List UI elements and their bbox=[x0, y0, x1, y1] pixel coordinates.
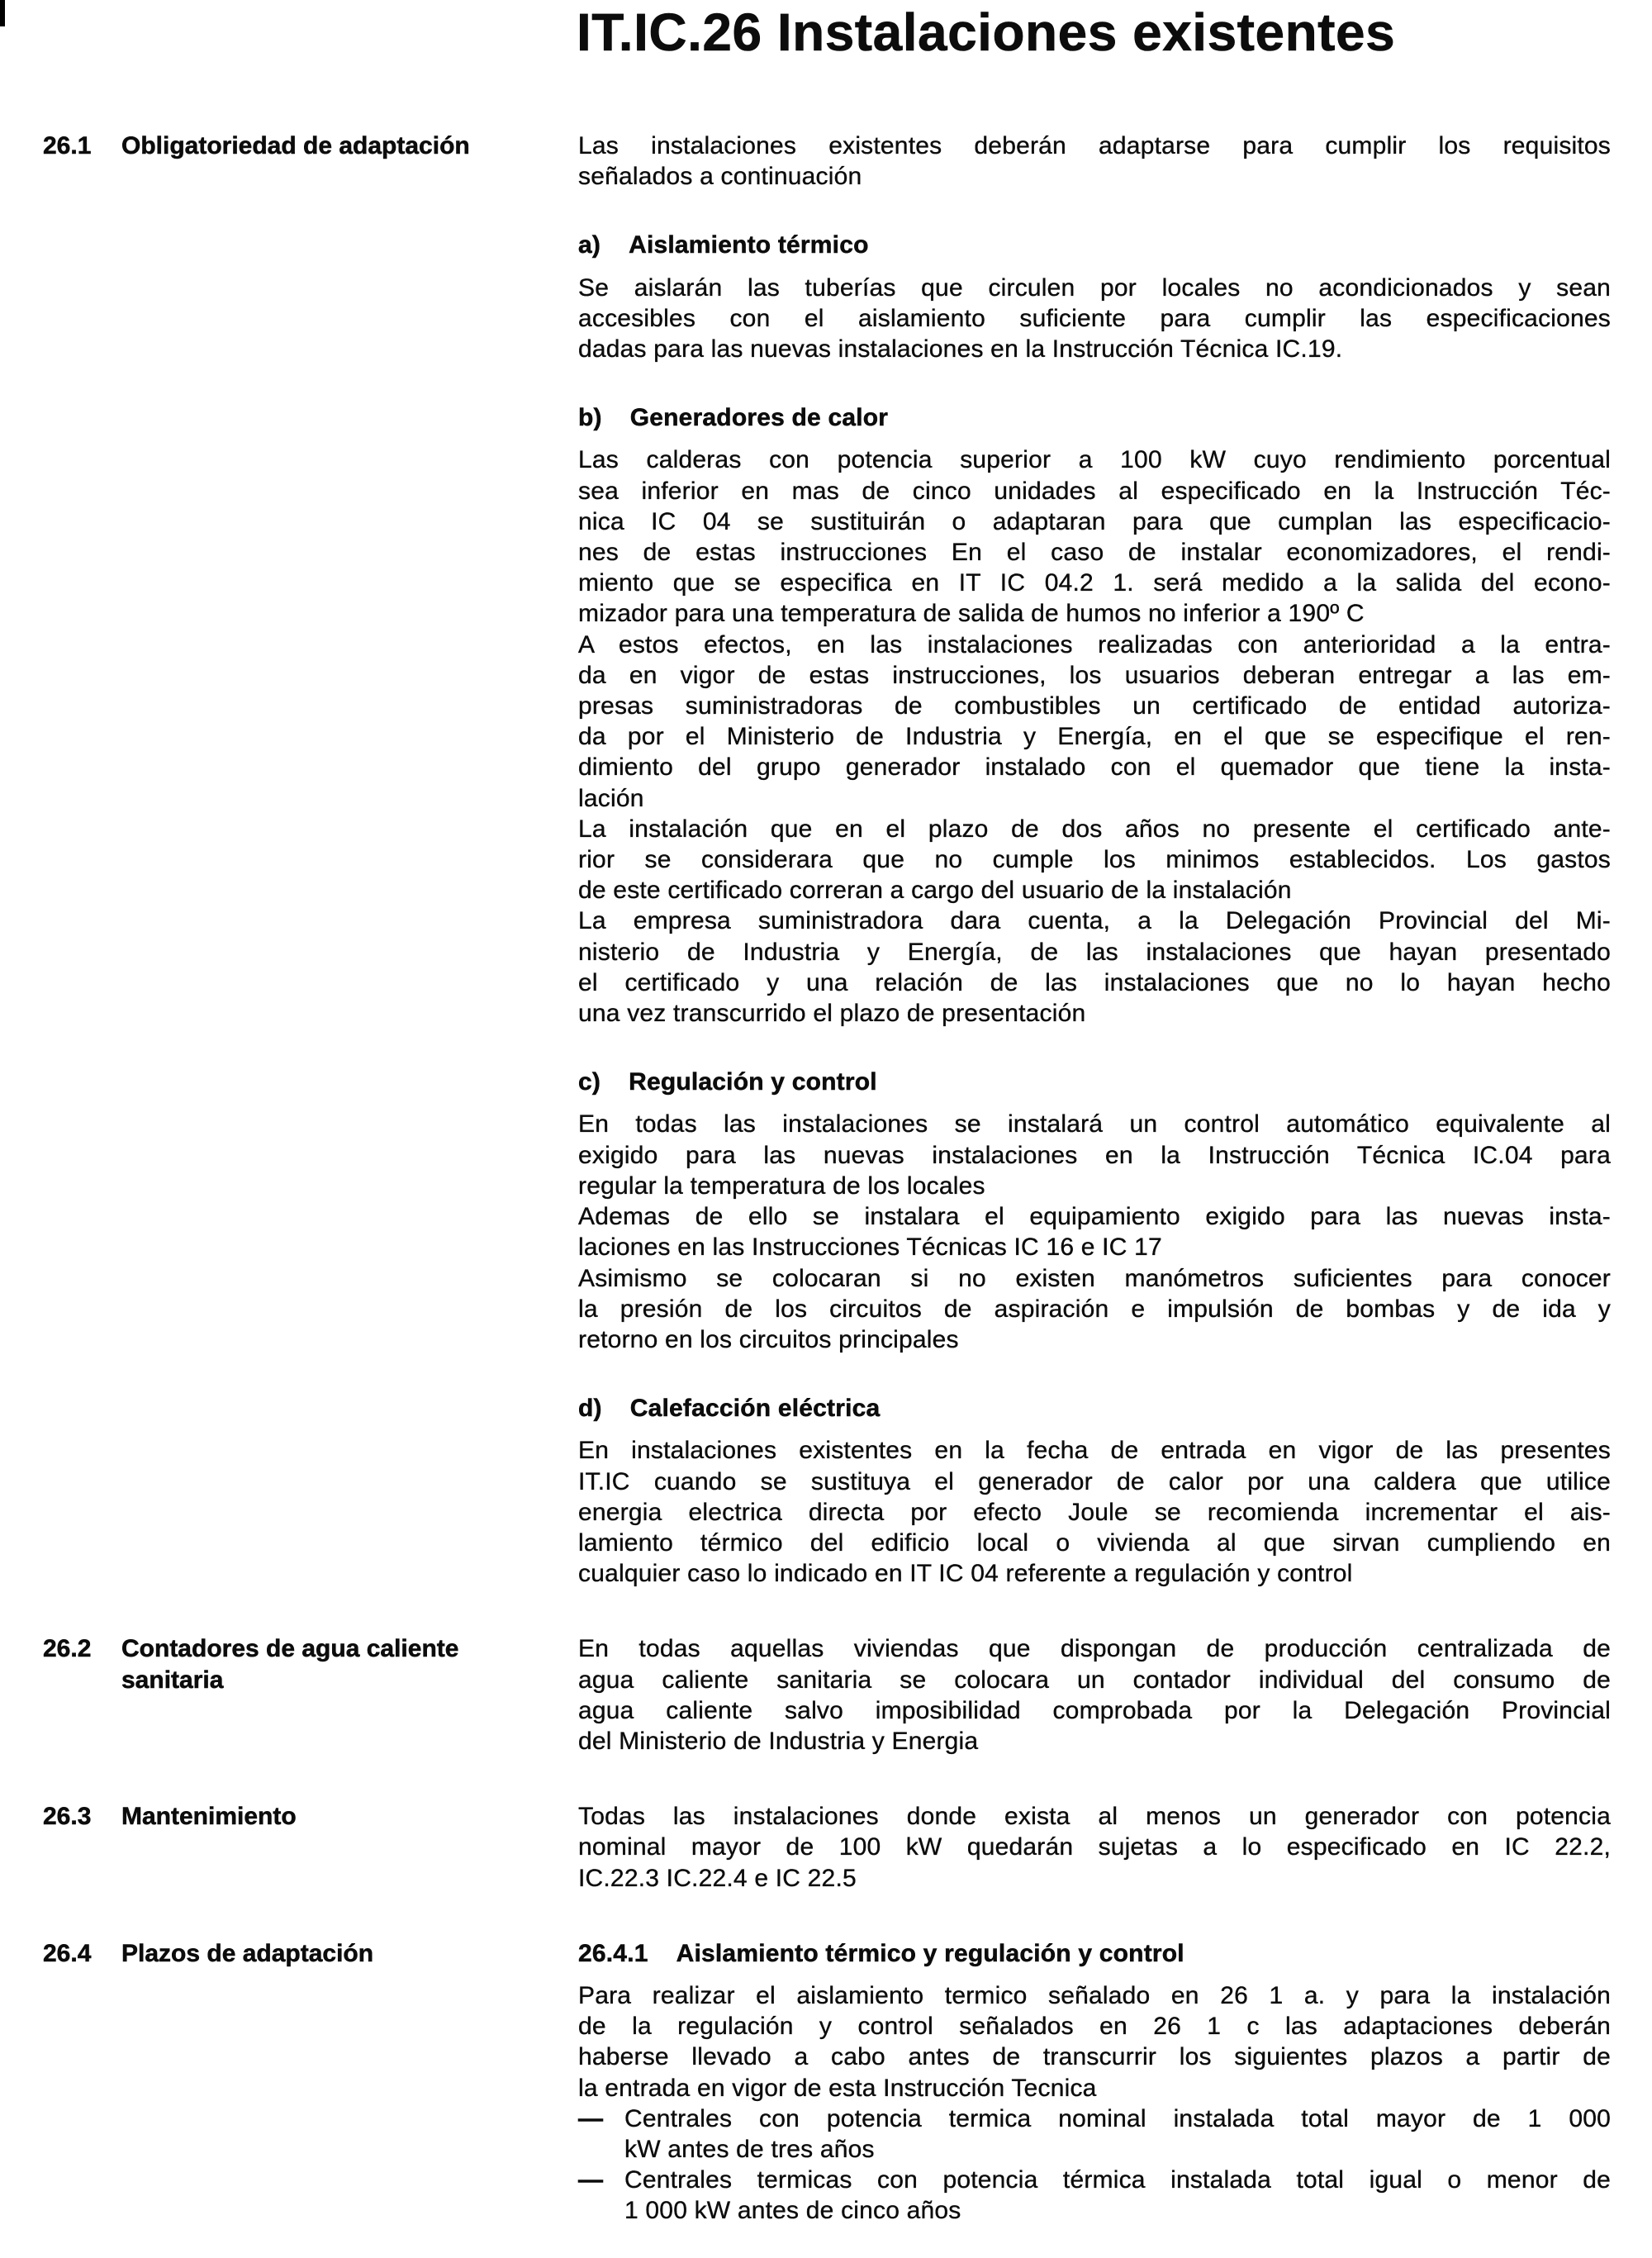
dash-marker: — bbox=[578, 2165, 603, 2195]
margin-heading-26.2: 26.2Contadores de agua caliente sanitari… bbox=[0, 1633, 578, 1695]
paragraph-line: haberse llevado a cabo antes de transcur… bbox=[578, 2042, 1611, 2072]
paragraph-line: laciones en las Instrucciones Técnicas I… bbox=[578, 1232, 1611, 1262]
paragraph-line: presas suministradoras de combustibles u… bbox=[578, 691, 1611, 721]
section-number: 26.3 bbox=[43, 1801, 121, 1832]
paragraph-line: La instalación que en el plazo de dos añ… bbox=[578, 814, 1611, 844]
paragraph-line: En instalaciones existentes en la fecha … bbox=[578, 1435, 1611, 1466]
paragraph-line: señalados a continuación bbox=[578, 161, 1611, 192]
section-heading: Mantenimiento bbox=[121, 1801, 534, 1832]
paragraph-line: miento que se especifica en IT IC 04.2 1… bbox=[578, 568, 1611, 598]
paragraph-line: En todas aquellas viviendas que disponga… bbox=[578, 1633, 1611, 1664]
subsection-label: c) bbox=[578, 1067, 601, 1097]
paragraph-line: agua caliente sanitaria se colocara un c… bbox=[578, 1665, 1611, 1695]
paragraph-line: energia electrica directa por efecto Jou… bbox=[578, 1497, 1611, 1528]
paragraph-line: Se aislarán las tuberías que circulen po… bbox=[578, 273, 1611, 303]
paragraph-line: Todas las instalaciones donde exista al … bbox=[578, 1801, 1611, 1832]
paragraph-line: Centrales termicas con potencia térmica … bbox=[624, 2165, 1611, 2195]
document-body: 26.1Obligatoriedad de adaptaciónLas inst… bbox=[0, 131, 1652, 2227]
bullet-item: —Centrales termicas con potencia térmica… bbox=[578, 2165, 1611, 2226]
paragraph-line: nes de estas instrucciones En el caso de… bbox=[578, 537, 1611, 568]
paragraph-line: la presión de los circuitos de aspiració… bbox=[578, 1294, 1611, 1324]
paragraph: En todas aquellas viviendas que disponga… bbox=[578, 1633, 1611, 1756]
subsection-heading: a)Aislamiento térmico bbox=[578, 230, 1611, 260]
paragraph: Las calderas con potencia superior a 100… bbox=[578, 444, 1611, 629]
paragraph-line: agua caliente salvo imposibilidad compro… bbox=[578, 1695, 1611, 1726]
paragraph: En instalaciones existentes en la fecha … bbox=[578, 1435, 1611, 1589]
subsection-heading: b)Generadores de calor bbox=[578, 402, 1611, 433]
paragraph: Se aislarán las tuberías que circulen po… bbox=[578, 273, 1611, 365]
subsection-label: 26.4.1 bbox=[578, 1938, 648, 1969]
paragraph-line: Para realizar el aislamiento termico señ… bbox=[578, 1980, 1611, 2011]
paragraph: Asimismo se colocaran si no existen manó… bbox=[578, 1263, 1611, 1356]
paragraph-line: 1 000 kW antes de cinco años bbox=[624, 2195, 1611, 2226]
page-title: IT.IC.26 Instalaciones existentes bbox=[577, 2, 1395, 63]
subsection-title: Calefacción eléctrica bbox=[630, 1395, 881, 1422]
paragraph: Ademas de ello se instalara el equipamie… bbox=[578, 1201, 1611, 1262]
paragraph-line: el certificado y una relación de las ins… bbox=[578, 967, 1611, 998]
paragraph-line: cualquier caso lo indicado en IT IC 04 r… bbox=[578, 1558, 1611, 1589]
section-body: 26.4.1Aislamiento térmico y regulación y… bbox=[578, 1938, 1611, 2227]
paragraph-line: IT.IC cuando se sustituya el generador d… bbox=[578, 1467, 1611, 1497]
margin-heading-26.4: 26.4Plazos de adaptación bbox=[0, 1938, 578, 1969]
section-number: 26.2 bbox=[43, 1633, 121, 1695]
section-body: En todas aquellas viviendas que disponga… bbox=[578, 1633, 1611, 1756]
paragraph-line: nominal mayor de 100 kW quedarán sujetas… bbox=[578, 1832, 1611, 1862]
paragraph: Todas las instalaciones donde exista al … bbox=[578, 1801, 1611, 1894]
subsection-heading: 26.4.1Aislamiento térmico y regulación y… bbox=[578, 1938, 1611, 1969]
subsection-label: b) bbox=[578, 402, 602, 433]
document-page: IT.IC.26 Instalaciones existentes 26.1Ob… bbox=[0, 0, 1652, 2258]
paragraph-line: Ademas de ello se instalara el equipamie… bbox=[578, 1201, 1611, 1232]
paragraph-line: accesibles con el aislamiento suficiente… bbox=[578, 303, 1611, 334]
paragraph-line: la entrada en vigor de esta Instrucción … bbox=[578, 2073, 1611, 2104]
subsection-heading: c)Regulación y control bbox=[578, 1067, 1611, 1097]
section-heading: Plazos de adaptación bbox=[121, 1938, 534, 1969]
paragraph-line: Centrales con potencia termica nominal i… bbox=[624, 2104, 1611, 2134]
paragraph: A estos efectos, en las instalaciones re… bbox=[578, 630, 1611, 814]
section-26.1: 26.1Obligatoriedad de adaptaciónLas inst… bbox=[0, 131, 1652, 1589]
paragraph-line: del Ministerio de Industria y Energia bbox=[578, 1726, 1611, 1756]
paragraph-line: dadas para las nuevas instalaciones en l… bbox=[578, 334, 1611, 364]
subsection-label: d) bbox=[578, 1393, 602, 1424]
subsection-title: Aislamiento térmico bbox=[629, 231, 869, 259]
subsection-title: Aislamiento térmico y regulación y contr… bbox=[676, 1940, 1184, 1967]
paragraph-line: dimiento del grupo generador instalado c… bbox=[578, 752, 1611, 782]
paragraph-line: regular la temperatura de los locales bbox=[578, 1171, 1611, 1201]
paragraph: La empresa suministradora dara cuenta, a… bbox=[578, 906, 1611, 1029]
section-heading: Obligatoriedad de adaptación bbox=[121, 131, 534, 161]
margin-heading-26.3: 26.3Mantenimiento bbox=[0, 1801, 578, 1832]
section-body: Las instalaciones existentes deberán ada… bbox=[578, 131, 1611, 1589]
subsection-title: Generadores de calor bbox=[630, 404, 888, 431]
paragraph-line: exigido para las nuevas instalaciones en… bbox=[578, 1140, 1611, 1171]
paragraph-line: una vez transcurrido el plazo de present… bbox=[578, 998, 1611, 1029]
dash-marker: — bbox=[578, 2104, 603, 2134]
paragraph: Las instalaciones existentes deberán ada… bbox=[578, 131, 1611, 192]
paragraph-line: lamiento térmico del edificio local o vi… bbox=[578, 1528, 1611, 1558]
paragraph-line: de este certificado correran a cargo del… bbox=[578, 875, 1611, 906]
paragraph: La instalación que en el plazo de dos añ… bbox=[578, 814, 1611, 906]
paragraph-line: rior se considerara que no cumple los mi… bbox=[578, 844, 1611, 875]
paragraph-line: nica IC 04 se sustituirán o adaptaran pa… bbox=[578, 506, 1611, 537]
paragraph-line: nisterio de Industria y Energía, de las … bbox=[578, 937, 1611, 967]
section-heading: Contadores de agua caliente sanitaria bbox=[121, 1633, 534, 1695]
paragraph-line: mizador para una temperatura de salida d… bbox=[578, 598, 1611, 629]
paragraph-line: A estos efectos, en las instalaciones re… bbox=[578, 630, 1611, 660]
paragraph-line: da por el Ministerio de Industria y Ener… bbox=[578, 721, 1611, 752]
paragraph-line: La empresa suministradora dara cuenta, a… bbox=[578, 906, 1611, 936]
paragraph-line: lación bbox=[578, 783, 1611, 814]
subsection-title: Regulación y control bbox=[629, 1068, 877, 1096]
section-number: 26.4 bbox=[43, 1938, 121, 1969]
subsection-heading: d)Calefacción eléctrica bbox=[578, 1393, 1611, 1424]
paragraph-line: Las calderas con potencia superior a 100… bbox=[578, 444, 1611, 475]
subsection-label: a) bbox=[578, 230, 601, 260]
paragraph-line: En todas las instalaciones se instalará … bbox=[578, 1109, 1611, 1139]
margin-heading-26.1: 26.1Obligatoriedad de adaptación bbox=[0, 131, 578, 161]
paragraph-line: kW antes de tres años bbox=[624, 2134, 1611, 2165]
paragraph-line: Las instalaciones existentes deberán ada… bbox=[578, 131, 1611, 161]
paragraph-line: de la regulación y control señalados en … bbox=[578, 2011, 1611, 2042]
paragraph: Para realizar el aislamiento termico señ… bbox=[578, 1980, 1611, 2104]
scan-corner-artifact bbox=[0, 0, 5, 26]
section-number: 26.1 bbox=[43, 131, 121, 161]
paragraph: En todas las instalaciones se instalará … bbox=[578, 1109, 1611, 1201]
section-26.2: 26.2Contadores de agua caliente sanitari… bbox=[0, 1633, 1652, 1756]
section-26.4: 26.4Plazos de adaptación26.4.1Aislamient… bbox=[0, 1938, 1652, 2227]
paragraph-line: da en vigor de estas instrucciones, los … bbox=[578, 660, 1611, 691]
paragraph-line: Asimismo se colocaran si no existen manó… bbox=[578, 1263, 1611, 1294]
paragraph-line: IC.22.3 IC.22.4 e IC 22.5 bbox=[578, 1863, 1611, 1894]
section-body: Todas las instalaciones donde exista al … bbox=[578, 1801, 1611, 1894]
paragraph-line: sea inferior en mas de cinco unidades al… bbox=[578, 476, 1611, 506]
section-26.3: 26.3MantenimientoTodas las instalaciones… bbox=[0, 1801, 1652, 1894]
paragraph-line: retorno en los circuitos principales bbox=[578, 1324, 1611, 1355]
bullet-item: —Centrales con potencia termica nominal … bbox=[578, 2104, 1611, 2165]
